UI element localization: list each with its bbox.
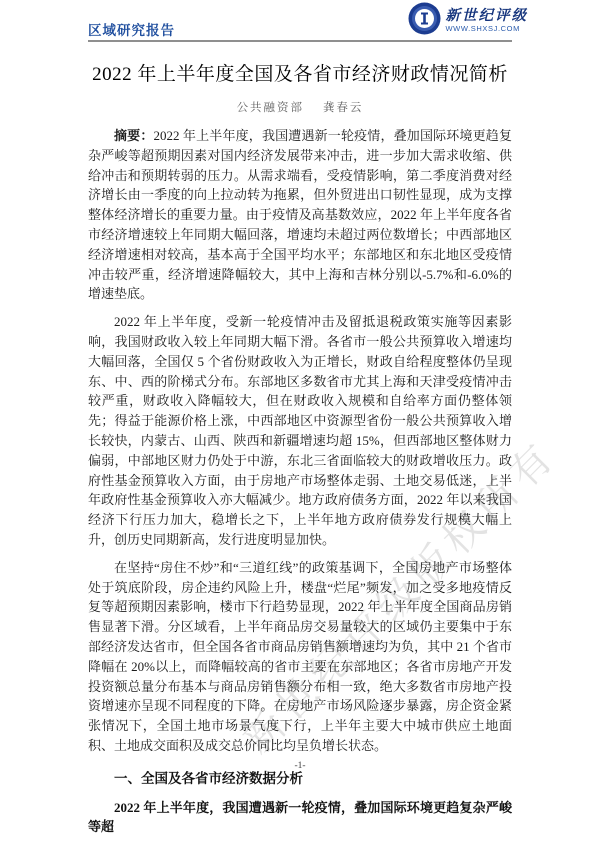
report-type-label: 区域研究报告 [88,19,175,39]
body-paragraph: 在坚持“房住不炒”和“三道红线”的政策基调下，全国房地产市场整体处于筑底阶段，房… [88,558,512,756]
abstract-paragraph: 摘要：2022 年上半年度，我国遭遇新一轮疫情，叠加国际环境更趋复杂严峻等超预期… [88,126,512,304]
document-title: 2022 年上半年度全国及各省市经济财政情况简析 [0,59,600,86]
company-emblem-icon [408,2,441,40]
header-divider [88,40,512,42]
document-body: 摘要：2022 年上半年度，我国遭遇新一轮疫情，叠加国际环境更趋复杂严峻等超预期… [88,126,512,800]
company-name: 新世纪评级 [446,9,529,25]
byline: 公共融资部 龚春云 [0,99,600,115]
logo-text: 新世纪评级 WWW.SHXSJ.COM [446,9,529,33]
company-logo: 新世纪评级 WWW.SHXSJ.COM [408,2,529,40]
byline-department: 公共融资部 [237,102,305,114]
section-heading: 一、全国及各省市经济数据分析 [88,769,512,789]
abstract-label: 摘要： [114,128,154,143]
abstract-text: 2022 年上半年度，我国遭遇新一轮疫情，叠加国际环境更趋复杂严峻等超预期因素对… [88,128,512,301]
byline-author: 龚春云 [323,102,364,114]
report-page: 区域研究报告 新世纪评级 WWW.SHXSJ.COM 2022 年上半年度全国及… [0,0,600,800]
body-paragraph: 2022 年上半年度，受新一轮疫情冲击及留抵退税政策实施等因素影响，我国财政收入… [88,312,512,550]
company-website: WWW.SHXSJ.COM [446,25,520,33]
